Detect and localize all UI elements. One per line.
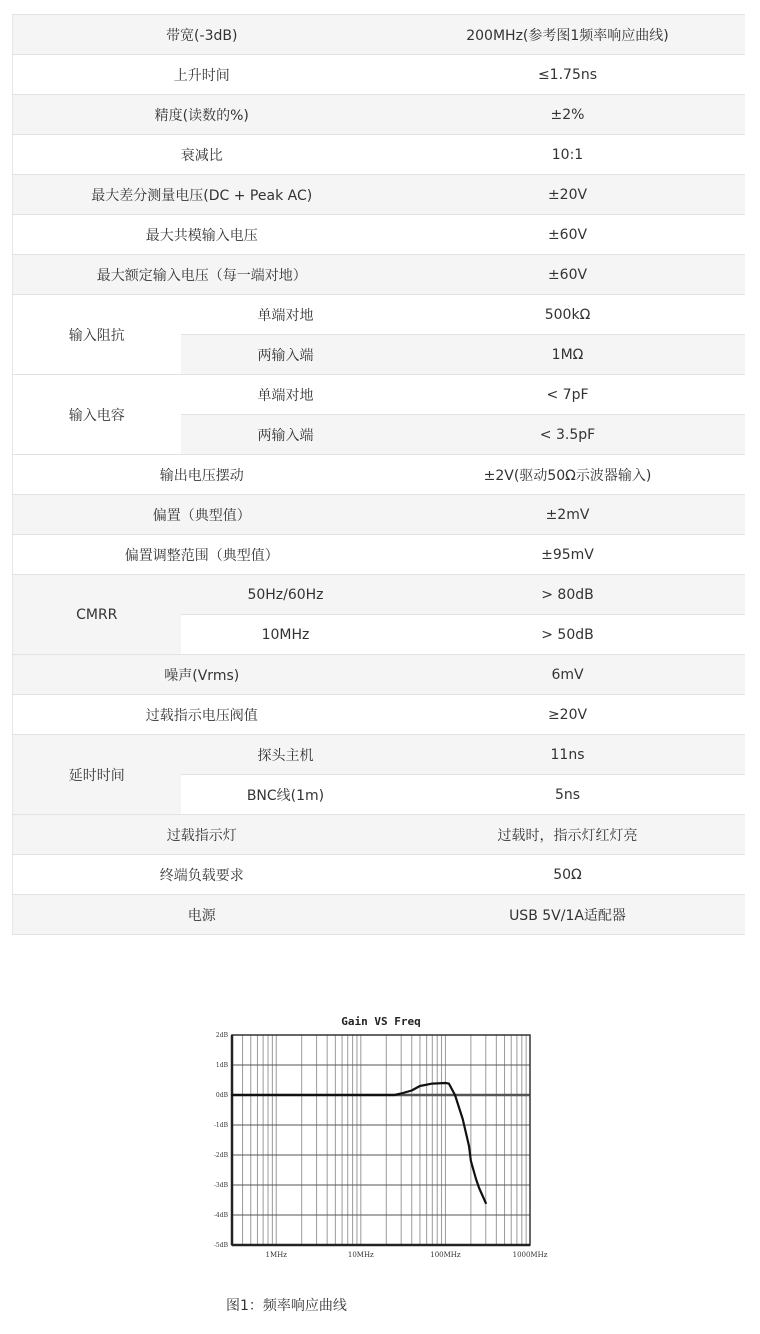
spec-label: 衰减比 <box>13 135 391 175</box>
spec-group-label: CMRR <box>13 575 181 655</box>
spec-subrow: 输入阻抗单端对地500kΩ <box>13 295 745 335</box>
spec-subrow: 延时时间探头主机11ns <box>13 735 745 775</box>
x-tick-label: 10MHz <box>348 1251 374 1259</box>
spec-value: 过载时，指示灯红灯亮 <box>391 815 745 855</box>
spec-label: 最大额定输入电压（每一端对地） <box>13 255 391 295</box>
spec-row: 衰减比10:1 <box>13 135 745 175</box>
spec-value: USB 5V/1A适配器 <box>391 895 745 935</box>
spec-row: 终端负载要求50Ω <box>13 855 745 895</box>
y-tick-label: -4dB <box>214 1212 229 1219</box>
spec-sub-label: 探头主机 <box>181 735 391 775</box>
spec-row: 带宽(-3dB)200MHz(参考图1频率响应曲线) <box>13 15 745 55</box>
spec-sub-label: BNC线(1m) <box>181 775 391 815</box>
spec-row: 偏置调整范围（典型值）±95mV <box>13 535 745 575</box>
spec-value: 11ns <box>391 735 745 775</box>
spec-value: ≤1.75ns <box>391 55 745 95</box>
spec-row: 过载指示灯过载时，指示灯红灯亮 <box>13 815 745 855</box>
spec-sub-label: 10MHz <box>181 615 391 655</box>
spec-value: ±20V <box>391 175 745 215</box>
spec-label: 偏置（典型值） <box>13 495 391 535</box>
spec-value: ±2V(驱动50Ω示波器输入) <box>391 455 745 495</box>
spec-value: > 50dB <box>391 615 745 655</box>
x-tick-label: 100MHz <box>430 1251 461 1259</box>
spec-value: ±2mV <box>391 495 745 535</box>
spec-row: 噪声(Vrms)6mV <box>13 655 745 695</box>
spec-value: < 3.5pF <box>391 415 745 455</box>
figure-caption: 图1：频率响应曲线 <box>226 1295 347 1315</box>
spec-value: 200MHz(参考图1频率响应曲线) <box>391 15 745 55</box>
spec-row: 电源USB 5V/1A适配器 <box>13 895 745 935</box>
spec-row: 最大差分测量电压(DC + Peak AC)±20V <box>13 175 745 215</box>
spec-group-label: 输入电容 <box>13 375 181 455</box>
spec-value: 5ns <box>391 775 745 815</box>
spec-value: 6mV <box>391 655 745 695</box>
spec-row: 输出电压摆动±2V(驱动50Ω示波器输入) <box>13 455 745 495</box>
spec-label: 带宽(-3dB) <box>13 15 391 55</box>
spec-subrow: 输入电容单端对地< 7pF <box>13 375 745 415</box>
spec-label: 终端负载要求 <box>13 855 391 895</box>
spec-sub-label: 两输入端 <box>181 415 391 455</box>
spec-value: ±60V <box>391 215 745 255</box>
y-tick-label: 2dB <box>216 1032 229 1039</box>
spec-group-label: 输入阻抗 <box>13 295 181 375</box>
spec-label: 最大差分测量电压(DC + Peak AC) <box>13 175 391 215</box>
y-tick-label: 1dB <box>216 1062 229 1069</box>
spec-label: 上升时间 <box>13 55 391 95</box>
spec-table: 带宽(-3dB)200MHz(参考图1频率响应曲线)上升时间≤1.75ns精度(… <box>12 14 745 935</box>
spec-subrow: CMRR50Hz/60Hz> 80dB <box>13 575 745 615</box>
spec-row: 偏置（典型值）±2mV <box>13 495 745 535</box>
spec-value: 500kΩ <box>391 295 745 335</box>
y-tick-label: -2dB <box>214 1152 229 1159</box>
spec-sub-label: 单端对地 <box>181 295 391 335</box>
spec-value: ±60V <box>391 255 745 295</box>
gain-vs-freq-chart: Gain VS Freq2dB1dB0dB-1dB-2dB-3dB-4dB-5d… <box>195 1008 565 1268</box>
spec-row: 精度(读数的%)±2% <box>13 95 745 135</box>
spec-label: 最大共模输入电压 <box>13 215 391 255</box>
spec-group-label: 延时时间 <box>13 735 181 815</box>
y-tick-label: -3dB <box>214 1182 229 1189</box>
spec-label: 偏置调整范围（典型值） <box>13 535 391 575</box>
spec-value: > 80dB <box>391 575 745 615</box>
spec-value: 1MΩ <box>391 335 745 375</box>
spec-value: 10:1 <box>391 135 745 175</box>
spec-row: 过载指示电压阀值≥20V <box>13 695 745 735</box>
x-tick-label: 1MHz <box>266 1251 288 1259</box>
spec-value: ≥20V <box>391 695 745 735</box>
spec-label: 电源 <box>13 895 391 935</box>
spec-value: 50Ω <box>391 855 745 895</box>
y-tick-label: -5dB <box>214 1242 229 1249</box>
spec-row: 最大共模输入电压±60V <box>13 215 745 255</box>
spec-row: 最大额定输入电压（每一端对地）±60V <box>13 255 745 295</box>
spec-sub-label: 50Hz/60Hz <box>181 575 391 615</box>
spec-label: 过载指示电压阀值 <box>13 695 391 735</box>
frequency-response-plot: Gain VS Freq2dB1dB0dB-1dB-2dB-3dB-4dB-5d… <box>195 1008 565 1268</box>
spec-label: 噪声(Vrms) <box>13 655 391 695</box>
spec-value: ±2% <box>391 95 745 135</box>
spec-row: 上升时间≤1.75ns <box>13 55 745 95</box>
spec-sub-label: 两输入端 <box>181 335 391 375</box>
spec-label: 精度(读数的%) <box>13 95 391 135</box>
spec-label: 过载指示灯 <box>13 815 391 855</box>
spec-value: < 7pF <box>391 375 745 415</box>
x-tick-label: 1000MHz <box>513 1251 548 1259</box>
spec-value: ±95mV <box>391 535 745 575</box>
spec-sub-label: 单端对地 <box>181 375 391 415</box>
chart-title: Gain VS Freq <box>341 1015 420 1028</box>
y-tick-label: -1dB <box>214 1122 229 1129</box>
y-tick-label: 0dB <box>216 1092 229 1099</box>
spec-label: 输出电压摆动 <box>13 455 391 495</box>
